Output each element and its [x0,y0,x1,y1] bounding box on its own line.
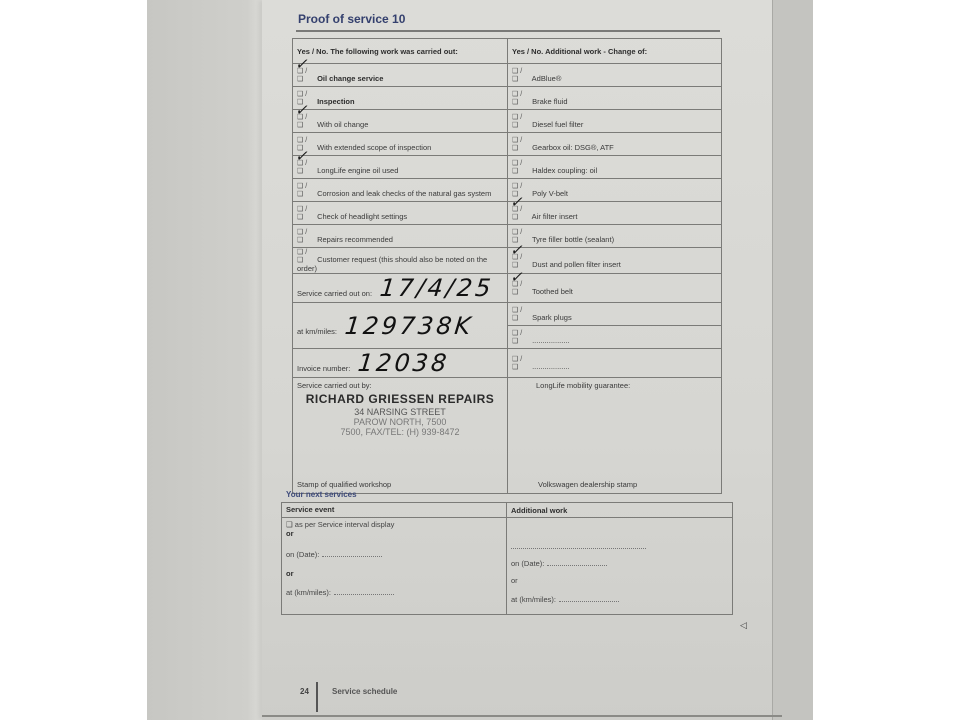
km-field[interactable]: at km/miles: 129738K [293,303,508,349]
footer-divider [316,682,318,712]
km-label: at (km/miles): [511,595,556,604]
or-text: or [511,576,728,585]
checkmark-icon: ✓ [295,101,308,119]
stamp-line-1: RICHARD GRIESSEN REPAIRS [297,392,503,406]
checkbox-item[interactable]: ❑ / ❑✓ Oil change service [293,64,508,87]
item-label: .................. [530,336,570,345]
date-dotted-line [322,550,382,557]
proof-of-service-table: Yes / No. The following work was carried… [292,38,722,494]
yes-no-checkbox[interactable]: ❑ / ❑ [297,182,315,198]
table-row: ❑ / ❑ Corrosion and leak checks of the n… [293,179,722,202]
additional-work-cell: on (Date): or at (km/miles): [507,518,733,615]
checkbox-item[interactable]: ❑ / ❑ Diesel fuel filter [508,110,722,133]
invoice-value: 12038 [357,349,451,377]
table-row: ❑ / ❑ Repairs recommended❑ / ❑ Tyre fill… [293,225,722,248]
table-row: Service carried out on: 17/4/25 ❑ / ❑✓ T… [293,274,722,303]
km-dotted-line [559,595,619,602]
service-date-field[interactable]: Service carried out on: 17/4/25 [293,274,508,303]
right-column-header: Yes / No. Additional work - Change of: [508,39,722,64]
page-number: 24 [300,687,309,696]
table-row: ❑ / ❑ Check of headlight settings❑ / ❑✓ … [293,202,722,225]
yes-no-checkbox[interactable]: ❑ / ❑✓ [512,280,530,296]
yes-no-checkbox[interactable]: ❑ / ❑✓ [297,113,315,129]
left-column-header: Yes / No. The following work was carried… [293,39,508,64]
checkbox-item[interactable]: ❑ / ❑ Check of headlight settings [293,202,508,225]
item-label: Poly V-belt [530,189,568,198]
table-row: Service carried out by: RICHARD GRIESSEN… [293,378,722,494]
next-km-field[interactable]: at (km/miles): [286,588,502,597]
yes-no-checkbox[interactable]: ❑ / ❑ [297,248,315,264]
or-text: or [286,529,502,538]
table-row: ❑ / ❑✓ LongLife engine oil used❑ / ❑ Hal… [293,156,722,179]
next-services-title: Your next services [286,490,357,499]
item-label: Air filter insert [530,212,578,221]
facing-page [147,0,265,720]
stamp-line-3: PAROW NORTH, 7500 [297,417,503,427]
additional-date-field[interactable]: on (Date): [511,559,728,568]
yes-no-checkbox[interactable]: ❑ / ❑✓ [512,205,530,221]
item-label: Inspection [315,97,355,106]
table-row: ❑ / ❑ With extended scope of inspection❑… [293,133,722,156]
longlife-label: LongLife mobility guarantee: [512,381,717,390]
additional-dotted-line [511,542,646,549]
yes-no-checkbox[interactable]: ❑ / ❑ [512,67,530,83]
checkbox-item[interactable]: ❑ / ❑ Poly V-belt [508,179,722,202]
checkbox-item[interactable]: ❑ / ❑ AdBlue® [508,64,722,87]
additional-km-field[interactable]: at (km/miles): [511,595,728,604]
page-edge [772,0,813,720]
carried-out-by-label: Service carried out by: [297,381,503,390]
yes-no-checkbox[interactable]: ❑ / ❑ [297,205,315,221]
dealership-stamp-cell: LongLife mobility guarantee: Volkswagen … [508,378,722,494]
km-dotted-line [334,588,394,595]
checkmark-icon: ✓ [510,268,523,286]
title-divider [296,30,720,32]
item-label: Diesel fuel filter [530,120,583,129]
km-value: 129738K [344,312,475,340]
checkbox-item[interactable]: ❑ / ❑ Inspection [293,87,508,110]
stamp-line-2: 34 NARSING STREET [297,407,503,417]
checkbox-item[interactable]: ❑ / ❑ With extended scope of inspection [293,133,508,156]
stamp-label: Stamp of qualified workshop [297,480,391,489]
checkbox-item[interactable]: ❑ / ❑ Gearbox oil: DSG®, ATF [508,133,722,156]
or-text: or [286,569,502,578]
checkmark-icon: ✓ [295,55,308,73]
service-date-label: Service carried out on: [297,289,372,298]
checkbox-item[interactable]: ❑ / ❑✓ LongLife engine oil used [293,156,508,179]
additional-work-field[interactable] [511,542,728,551]
date-dotted-line [547,559,607,566]
on-date-label: on (Date): [286,550,319,559]
footer-section: Service schedule [332,687,397,696]
item-label: Tyre filler bottle (sealant) [530,235,614,244]
vw-stamp-label: Volkswagen dealership stamp [538,480,637,489]
checkbox-item[interactable]: ❑ / ❑✓ Air filter insert [508,202,722,225]
item-label: .................. [530,362,570,371]
on-date-label: on (Date): [511,559,544,568]
service-date-value: 17/4/25 [379,274,495,302]
page-bottom-edge [262,715,782,717]
yes-no-checkbox[interactable]: ❑ / ❑✓ [297,67,315,83]
next-date-field[interactable]: on (Date): [286,550,502,559]
interval-option[interactable]: ❑ as per Service interval display [286,520,502,529]
item-label: With oil change [315,120,368,129]
checkbox-item[interactable]: ❑ / ❑ Corrosion and leak checks of the n… [293,179,508,202]
item-label: Oil change service [315,74,383,83]
page-footer: 24 Service schedule [300,687,309,696]
additional-work-header: Additional work [507,503,733,518]
page-marker-icon: ◁ [740,620,747,631]
checkbox-item[interactable]: ❑ / ❑ Brake fluid [508,87,722,110]
invoice-field[interactable]: Invoice number: 12038 [293,349,508,378]
item-label: Brake fluid [530,97,568,106]
table-row: ❑ / ❑✓ With oil change❑ / ❑ Diesel fuel … [293,110,722,133]
yes-no-checkbox[interactable]: ❑ / ❑ [512,159,530,175]
checkbox-item[interactable]: ❑ / ❑ Customer request (this should also… [293,248,508,274]
yes-no-checkbox[interactable]: ❑ / ❑ [512,113,530,129]
item-label: Check of headlight settings [315,212,407,221]
item-label: Toothed belt [530,287,573,296]
table-row: Invoice number: 12038 ❑ / ❑ ............… [293,349,722,378]
checkbox-item[interactable]: ❑ / ❑✓ Toothed belt [508,274,722,303]
item-label: With extended scope of inspection [315,143,431,152]
item-label: LongLife engine oil used [315,166,398,175]
checkmark-icon: ✓ [510,193,523,211]
workshop-stamp: RICHARD GRIESSEN REPAIRS 34 NARSING STRE… [297,392,503,437]
item-label: Gearbox oil: DSG®, ATF [530,143,614,152]
checkbox-item[interactable]: ❑ / ❑✓ With oil change [293,110,508,133]
table-row: ❑ / ❑ Customer request (this should also… [293,248,722,274]
item-label: AdBlue® [530,74,561,83]
page-title: Proof of service 10 [298,12,405,26]
checkmark-icon: ✓ [295,147,308,165]
item-label: Customer request (this should also be no… [297,255,487,273]
checkbox-item[interactable]: ❑ / ❑ .................. [508,326,722,349]
checkbox-item[interactable]: ❑ / ❑ .................. [508,349,722,378]
table-row: ❑ / ❑ Inspection❑ / ❑ Brake fluid [293,87,722,110]
service-event-header: Service event [282,503,507,518]
checkbox-item[interactable]: ❑ / ❑ Tyre filler bottle (sealant) [508,225,722,248]
item-label: Corrosion and leak checks of the natural… [315,189,491,198]
yes-no-checkbox[interactable]: ❑ / ❑ [512,90,530,106]
item-label: Spark plugs [530,313,572,322]
checkbox-item[interactable]: ❑ / ❑ Haldex coupling: oil [508,156,722,179]
stamp-line-4: 7500, FAX/TEL: (H) 939-8472 [297,427,503,437]
yes-no-checkbox[interactable]: ❑ / ❑ [512,355,530,371]
workshop-stamp-cell: Service carried out by: RICHARD GRIESSEN… [293,378,508,494]
yes-no-checkbox[interactable]: ❑ / ❑ [512,329,530,345]
next-services-table: Service event Additional work ❑ as per S… [281,502,733,615]
yes-no-checkbox[interactable]: ❑ / ❑✓ [297,159,315,175]
invoice-label: Invoice number: [297,364,350,373]
checkbox-item[interactable]: ❑ / ❑ Repairs recommended [293,225,508,248]
yes-no-checkbox[interactable]: ❑ / ❑ [297,228,315,244]
yes-no-checkbox[interactable]: ❑ / ❑ [512,306,530,322]
checkbox-item[interactable]: ❑ / ❑✓ Dust and pollen filter insert [508,248,722,274]
km-label: at (km/miles): [286,588,331,597]
yes-no-checkbox[interactable]: ❑ / ❑ [512,136,530,152]
item-label: Dust and pollen filter insert [530,260,621,269]
km-label: at km/miles: [297,327,337,336]
item-label: Haldex coupling: oil [530,166,597,175]
checkmark-icon: ✓ [510,241,523,259]
item-label: Repairs recommended [315,235,393,244]
service-event-cell: ❑ as per Service interval display or on … [282,518,507,615]
yes-no-checkbox[interactable]: ❑ / ❑✓ [512,253,530,269]
table-row: ❑ / ❑✓ Oil change service❑ / ❑ AdBlue® [293,64,722,87]
checkbox-item[interactable]: ❑ / ❑ Spark plugs [508,303,722,326]
table-row: at km/miles: 129738K ❑ / ❑ Spark plugs [293,303,722,326]
